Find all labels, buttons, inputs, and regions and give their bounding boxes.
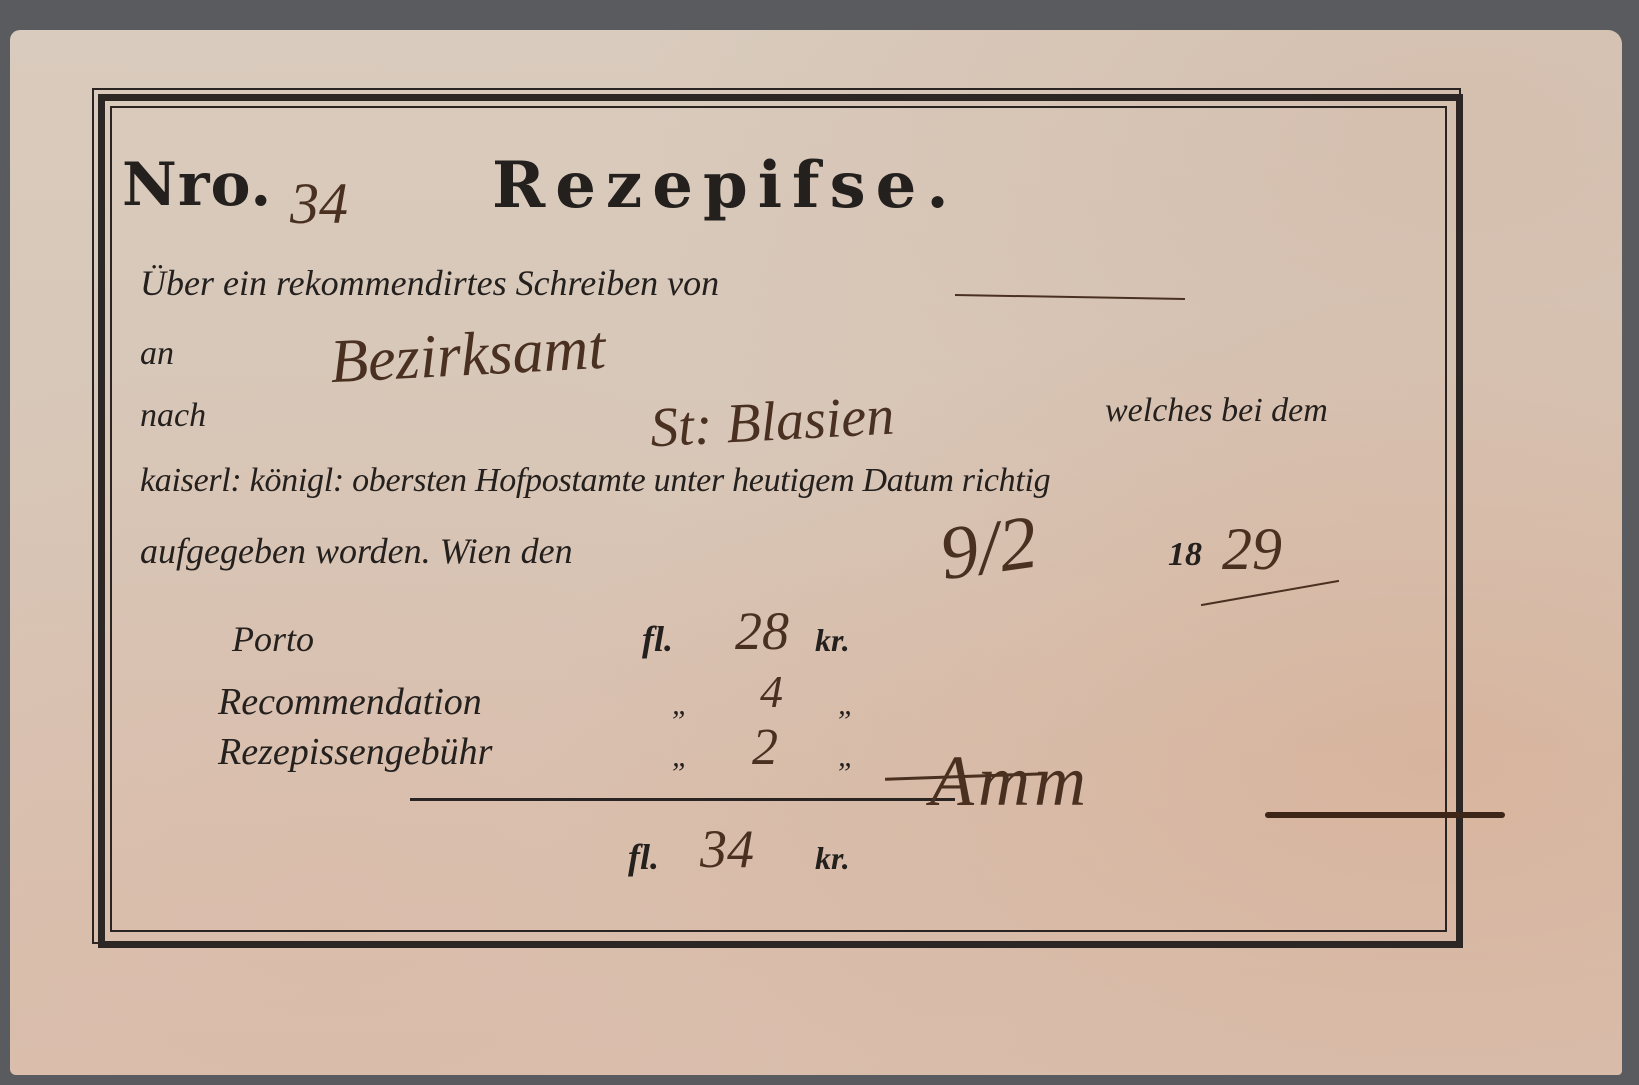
total-currency: fl. [628, 836, 659, 878]
fee-ditto-right-recommendation: „ [838, 688, 855, 722]
fee-amount-porto: 28 [735, 600, 789, 662]
sum-rule [410, 798, 955, 801]
fee-ditto-right-rezepisse: „ [838, 740, 855, 774]
intro-line: Über ein rekommendirtes Schreiben von [140, 262, 719, 304]
total-amount: 34 [700, 818, 754, 880]
fee-ditto-left-recommendation: „ [672, 688, 689, 722]
receipt-number: 34 [290, 170, 348, 237]
number-label: Nro. [122, 150, 272, 220]
fee-ditto-left-rezepisse: „ [672, 740, 689, 774]
fee-amount-rezepisse: 2 [752, 718, 778, 777]
total-unit: kr. [815, 840, 850, 877]
fee-label-recommendation: Recommendation [218, 680, 482, 724]
fee-amount-recommendation: 4 [760, 665, 783, 718]
fee-currency-porto: fl. [642, 618, 673, 660]
submitted-line: aufgegeben worden. Wien den [140, 530, 573, 572]
office-line: kaiserl: königl: obersten Hofpostamte un… [140, 462, 1050, 500]
fee-label-rezepisse: Rezepissengebühr [218, 730, 492, 774]
an-label: an [140, 335, 174, 373]
year-suffix-handwritten: 29 [1222, 515, 1282, 584]
signature: Amm [930, 740, 1090, 823]
nach-label: nach [140, 397, 206, 435]
destination-handwritten: St: Blasien [648, 384, 895, 461]
fee-label-porto: Porto [232, 618, 314, 660]
recipient-handwritten: Bezirksamt [328, 313, 607, 398]
line3-tail: welches bei dem [1105, 392, 1328, 430]
signature-flourish [1265, 812, 1505, 818]
date-handwritten: 9/2 [934, 499, 1042, 599]
year-prefix: 18 [1168, 536, 1202, 574]
fee-unit-porto: kr. [815, 622, 850, 659]
document-title: Rezepifse. [492, 148, 959, 223]
